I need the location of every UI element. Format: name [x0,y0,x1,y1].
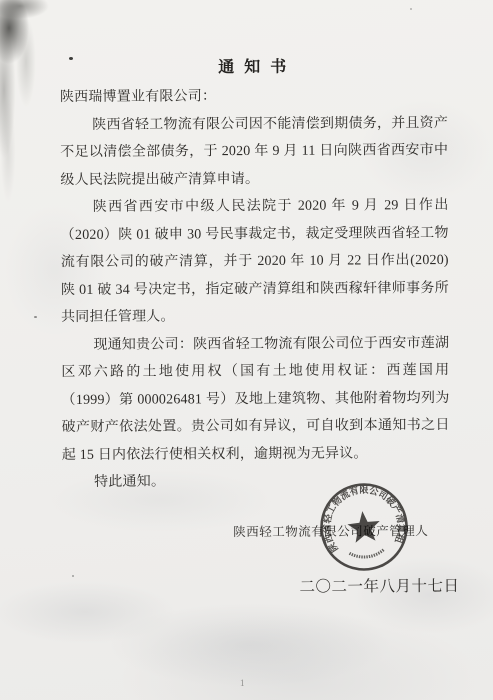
notice-document: 通 知 书 陕西瑞博置业有限公司： 陕西省轻工物流有限公司因不能清偿到期债务，并… [59,0,450,602]
paragraph-closing-phrase: 特此通知。 [62,467,450,497]
scan-speck [34,316,37,318]
page-number: 1 [240,678,245,688]
scanned-notice-page: 通 知 书 陕西瑞博置业有限公司： 陕西省轻工物流有限公司因不能清偿到期债务，并… [0,0,493,700]
document-body: 陕西瑞博置业有限公司： 陕西省轻工物流有限公司因不能清偿到期债务，并且资产不足以… [60,82,450,497]
document-title: 通 知 书 [60,54,448,82]
paragraph-asset-disposal-notice: 现通知贵公司：陕西省轻工物流有限公司位于西安市莲湖区邓六路的土地使用权（国有土地… [61,329,450,469]
signature-line: 陕西轻工物流有限公司破产管理人 [62,517,450,547]
date-line: 二〇二一年八月十七日 [62,572,459,602]
paragraph-court-rulings: 陕西省西安市中级人民法院于 2020 年 9 月 29 日作出（2020）陕 0… [60,192,449,332]
addressee-line: 陕西瑞博置业有限公司： [60,82,448,112]
paragraph-bankruptcy-application: 陕西省轻工物流有限公司因不能清偿到期债务，并且资产不足以清偿全部债务，于 202… [60,109,448,194]
